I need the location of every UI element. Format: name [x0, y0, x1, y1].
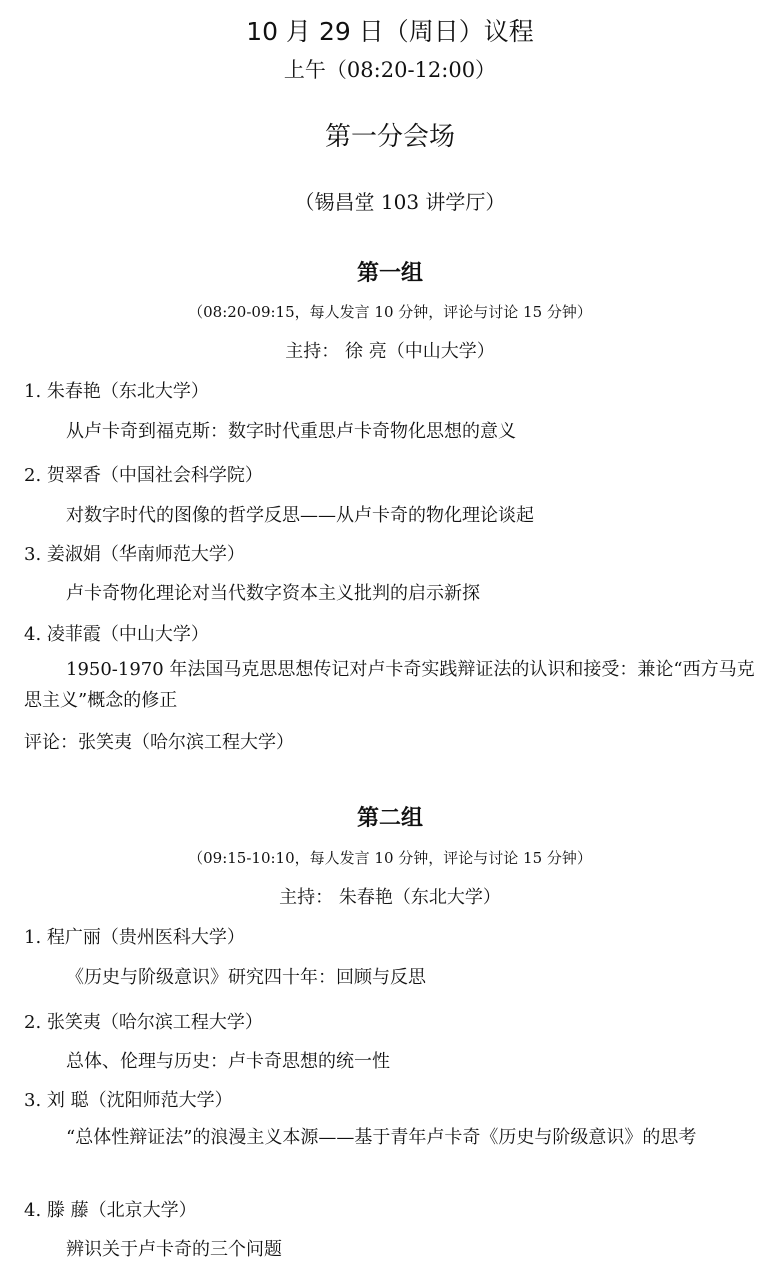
- speaker: 2. 张笑夷（哈尔滨工程大学）: [24, 1008, 263, 1034]
- session-time: 上午（08:20-12:00）: [0, 54, 780, 84]
- speaker: 4. 滕 藤（北京大学）: [24, 1196, 197, 1222]
- talk-title: 《历史与阶级意识》研究四十年：回顾与反思: [66, 963, 426, 989]
- speaker: 1. 程广丽（贵州医科大学）: [24, 923, 245, 949]
- talk-title: 卢卡奇物化理论对当代数字资本主义批判的启示新探: [66, 579, 480, 605]
- group-host: 主持： 朱春艳（东北大学）: [0, 883, 780, 909]
- group-time: （08:20-09:15，每人发言 10 分钟，评论与讨论 15 分钟）: [0, 301, 780, 322]
- group-title: 第一组: [0, 256, 780, 287]
- speaker: 1. 朱春艳（东北大学）: [24, 377, 209, 403]
- talk-title: 总体、伦理与历史：卢卡奇思想的统一性: [66, 1047, 390, 1073]
- commentator: 评论：张笑夷（哈尔滨工程大学）: [24, 728, 294, 754]
- venue-hall: （锡昌堂 103 讲学厅）: [10, 186, 780, 215]
- speaker: 3. 姜淑娟（华南师范大学）: [24, 540, 245, 566]
- speaker: 4. 凌菲霞（中山大学）: [24, 620, 209, 646]
- group-host: 主持： 徐 亮（中山大学）: [0, 337, 780, 363]
- speaker: 3. 刘 聪（沈阳师范大学）: [24, 1086, 233, 1112]
- talk-title: 辨识关于卢卡奇的三个问题: [66, 1235, 282, 1261]
- page-title: 10 月 29 日（周日）议程: [0, 12, 780, 48]
- talk-title: “总体性辩证法”的浪漫主义本源——基于青年卢卡奇《历史与阶级意识》的思考: [24, 1122, 769, 1153]
- group-time: （09:15-10:10，每人发言 10 分钟，评论与讨论 15 分钟）: [0, 847, 780, 868]
- speaker: 2. 贺翠香（中国社会科学院）: [24, 461, 263, 487]
- talk-title: 从卢卡奇到福克斯：数字时代重思卢卡奇物化思想的意义: [66, 417, 516, 443]
- venue-title: 第一分会场: [0, 116, 780, 153]
- group-title: 第二组: [0, 801, 780, 832]
- talk-title: 1950-1970 年法国马克思思想传记对卢卡奇实践辩证法的认识和接受：兼论“西…: [24, 654, 769, 716]
- talk-title: 对数字时代的图像的哲学反思——从卢卡奇的物化理论谈起: [66, 501, 534, 527]
